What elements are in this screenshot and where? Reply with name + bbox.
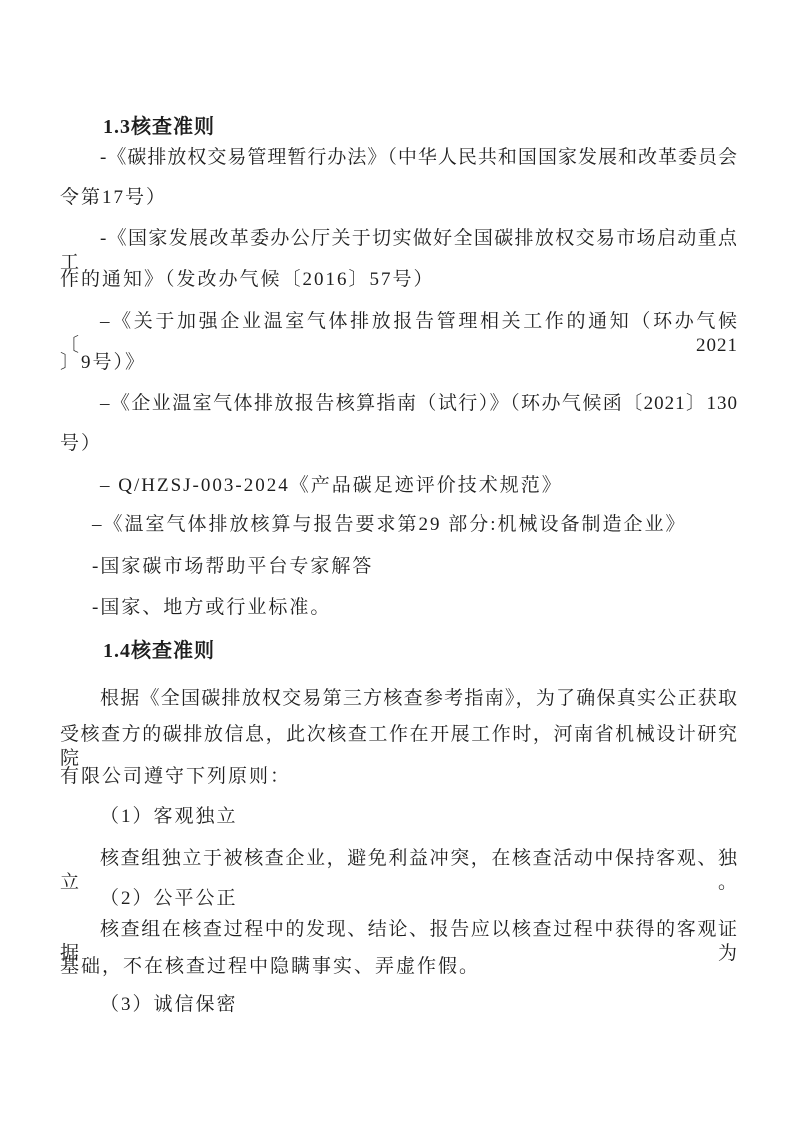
criteria-ref-line: –《温室气体排放核算与报告要求第29 部分:机械设备制造企业》 xyxy=(60,513,738,537)
criteria-ref-line: -《碳排放权交易管理暂行办法》（中华人民共和国国家发展和改革委员会 xyxy=(60,146,738,170)
principles-intro-line: 受核查方的碳排放信息，此次核查工作在开展工作时，河南省机械设计研究院 xyxy=(60,723,738,771)
criteria-ref-line: -国家碳市场帮助平台专家解答 xyxy=(60,555,738,579)
principle-3-title: （3）诚信保密 xyxy=(60,993,738,1017)
criteria-ref-line: 号） xyxy=(60,432,738,456)
criteria-ref-line: -国家、地方或行业标准。 xyxy=(60,596,738,620)
criteria-ref-line: –《企业温室气体排放报告核算指南（试行）》（环办气候函〔2021〕130 xyxy=(60,392,738,416)
criteria-ref-line: 作的通知》（发改办气候〔2016〕57号） xyxy=(60,268,738,292)
document-page: 1.3核查准则 -《碳排放权交易管理暂行办法》（中华人民共和国国家发展和改革委员… xyxy=(0,0,800,1141)
section-heading-1-3: 1.3核查准则 xyxy=(60,115,738,139)
principle-2-body-line: 基础，不在核查过程中隐瞒事实、弄虚作假。 xyxy=(60,955,738,979)
criteria-ref-line: 令第17号） xyxy=(60,186,738,210)
principle-1-title: （1）客观独立 xyxy=(60,805,738,829)
principle-2-title: （2）公平公正 xyxy=(60,887,738,911)
criteria-ref-line: – Q/HZSJ-003-2024《产品碳足迹评价技术规范》 xyxy=(60,474,738,498)
criteria-ref-line: 〕9号）》 xyxy=(60,351,738,375)
principles-intro-line: 根据《全国碳排放权交易第三方核查参考指南》，为了确保真实公正获取 xyxy=(60,687,738,711)
principles-intro-line: 有限公司遵守下列原则： xyxy=(60,765,738,789)
section-heading-1-4: 1.4核查准则 xyxy=(60,639,738,663)
